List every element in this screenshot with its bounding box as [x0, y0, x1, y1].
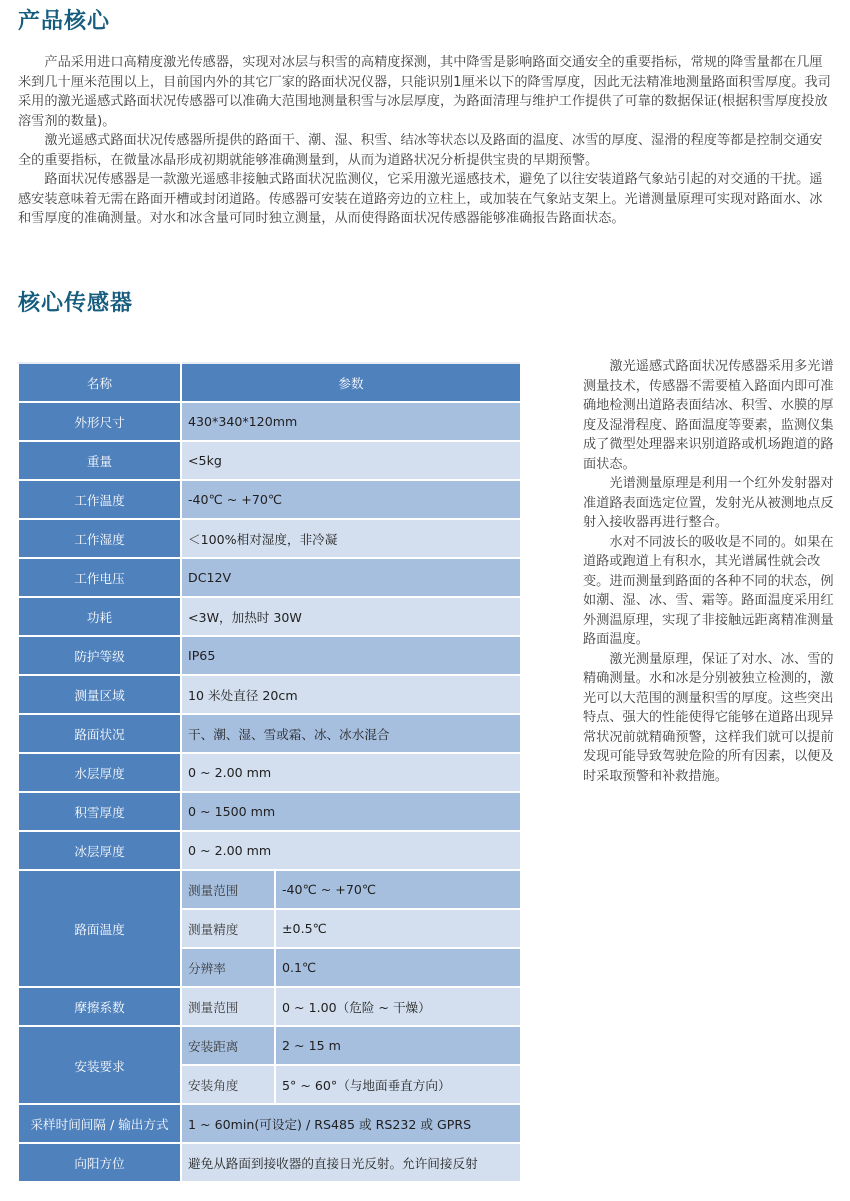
sensor-description: 激光遥感式路面状况传感器采用多光谱测量技术，传感器不需要植入路面内即可准确地检测… — [583, 357, 839, 786]
row-value: 避免从路面到接收器的直接日光反射。允许间接反射 — [181, 1143, 521, 1182]
row-name: 外形尺寸 — [18, 402, 181, 441]
table-row: 防护等级IP65 — [18, 636, 521, 675]
table-row-friction: 摩擦系数 测量范围 0 ~ 1.00（危险 ~ 干燥） — [18, 987, 521, 1026]
row-sub-label: 安装距离 — [181, 1026, 275, 1065]
row-name: 积雪厚度 — [18, 792, 181, 831]
row-name: 工作湿度 — [18, 519, 181, 558]
row-name: 路面状况 — [18, 714, 181, 753]
row-name: 冰层厚度 — [18, 831, 181, 870]
row-value: 0 ~ 2.00 mm — [181, 831, 521, 870]
table-row-orientation: 向阳方位 避免从路面到接收器的直接日光反射。允许间接反射 — [18, 1143, 521, 1182]
table-row-sampling: 采样时间间隔 / 输出方式 1 ~ 60min(可设定) / RS485 或 R… — [18, 1104, 521, 1143]
section-title-core-sensor: 核心传感器 — [18, 286, 133, 317]
row-value: 5° ~ 60°（与地面垂直方向） — [275, 1065, 521, 1104]
table-row: 水层厚度0 ~ 2.00 mm — [18, 753, 521, 792]
row-name: 重量 — [18, 441, 181, 480]
table-row: 冰层厚度0 ~ 2.00 mm — [18, 831, 521, 870]
table-row-road-temp: 路面温度 测量范围 -40℃ ~ +70℃ — [18, 870, 521, 909]
row-value: <3W，加热时 30W — [181, 597, 521, 636]
intro-paragraph: 激光遥感式路面状况传感器所提供的路面干、潮、湿、积雪、结冰等状态以及路面的温度、… — [18, 131, 833, 170]
row-sub-label: 测量范围 — [181, 987, 275, 1026]
row-name: 功耗 — [18, 597, 181, 636]
row-sub-label: 测量精度 — [181, 909, 275, 948]
table-row-install: 安装要求 安装距离 2 ~ 15 m — [18, 1026, 521, 1065]
spec-table: 名称 参数 外形尺寸430*340*120mm 重量<5kg 工作温度-40℃ … — [17, 362, 522, 1183]
header-name: 名称 — [18, 363, 181, 402]
row-value: 0 ~ 1.00（危险 ~ 干燥） — [275, 987, 521, 1026]
table-row: 路面状况干、潮、湿、雪或霜、冰、冰水混合 — [18, 714, 521, 753]
row-name: 测量区域 — [18, 675, 181, 714]
description-paragraph: 激光测量原理，保证了对水、冰、雪的精确测量。水和冰是分别被独立检测的，激光可以大… — [583, 650, 839, 787]
row-name: 工作温度 — [18, 480, 181, 519]
row-value: 1 ~ 60min(可设定) / RS485 或 RS232 或 GPRS — [181, 1104, 521, 1143]
intro-paragraph: 路面状况传感器是一款激光遥感非接触式路面状况监测仪，它采用激光遥感技术，避免了以… — [18, 170, 833, 229]
table-row: 功耗<3W，加热时 30W — [18, 597, 521, 636]
row-name: 路面温度 — [18, 870, 181, 987]
row-value: ±0.5℃ — [275, 909, 521, 948]
row-name: 采样时间间隔 / 输出方式 — [18, 1104, 181, 1143]
row-name: 向阳方位 — [18, 1143, 181, 1182]
description-paragraph: 水对不同波长的吸收是不同的。如果在道路或跑道上有积水，其光谱属性就会改变。进而测… — [583, 533, 839, 650]
row-value: 2 ~ 15 m — [275, 1026, 521, 1065]
row-value: -40℃ ~ +70℃ — [181, 480, 521, 519]
table-row: 工作电压DC12V — [18, 558, 521, 597]
row-name: 安装要求 — [18, 1026, 181, 1104]
row-value: <5kg — [181, 441, 521, 480]
table-row: 工作湿度＜100%相对湿度，非冷凝 — [18, 519, 521, 558]
table-header-row: 名称 参数 — [18, 363, 521, 402]
row-value: DC12V — [181, 558, 521, 597]
section-title-product-core: 产品核心 — [18, 4, 110, 35]
row-value: IP65 — [181, 636, 521, 675]
row-value: 干、潮、湿、雪或霜、冰、冰水混合 — [181, 714, 521, 753]
table-row: 工作温度-40℃ ~ +70℃ — [18, 480, 521, 519]
row-sub-label: 安装角度 — [181, 1065, 275, 1104]
intro-text: 产品采用进口高精度激光传感器，实现对冰层与积雪的高精度探测，其中降雪是影响路面交… — [18, 53, 833, 229]
table-row: 积雪厚度0 ~ 1500 mm — [18, 792, 521, 831]
row-value: 0 ~ 1500 mm — [181, 792, 521, 831]
row-value: 0.1℃ — [275, 948, 521, 987]
table-row: 外形尺寸430*340*120mm — [18, 402, 521, 441]
description-paragraph: 激光遥感式路面状况传感器采用多光谱测量技术，传感器不需要植入路面内即可准确地检测… — [583, 357, 839, 474]
table-row: 测量区域10 米处直径 20cm — [18, 675, 521, 714]
row-value: 10 米处直径 20cm — [181, 675, 521, 714]
row-name: 水层厚度 — [18, 753, 181, 792]
intro-paragraph: 产品采用进口高精度激光传感器，实现对冰层与积雪的高精度探测，其中降雪是影响路面交… — [18, 53, 833, 131]
row-name: 防护等级 — [18, 636, 181, 675]
description-paragraph: 光谱测量原理是利用一个红外发射器对准道路表面选定位置，发射光从被测地点反射入接收… — [583, 474, 839, 533]
row-value: ＜100%相对湿度，非冷凝 — [181, 519, 521, 558]
header-param: 参数 — [181, 363, 521, 402]
row-sub-label: 分辨率 — [181, 948, 275, 987]
row-value: 0 ~ 2.00 mm — [181, 753, 521, 792]
row-sub-label: 测量范围 — [181, 870, 275, 909]
row-value: 430*340*120mm — [181, 402, 521, 441]
row-name: 工作电压 — [18, 558, 181, 597]
row-value: -40℃ ~ +70℃ — [275, 870, 521, 909]
row-name: 摩擦系数 — [18, 987, 181, 1026]
table-row: 重量<5kg — [18, 441, 521, 480]
